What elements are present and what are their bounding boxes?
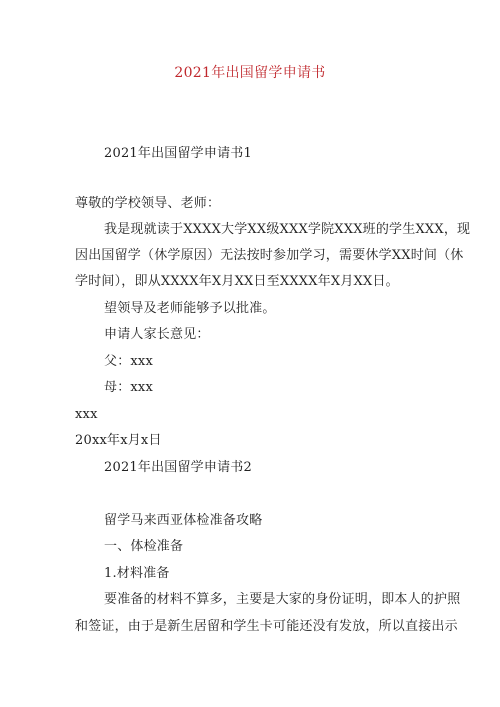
date-line: 20xx年x月x日 [75, 433, 162, 449]
paragraph-line: 学时间），即从XXXX年X月XX日至XXXX年X月XX日。 [75, 274, 399, 290]
subsection-title: 留学马来西亚体检准备攻略 [104, 513, 262, 529]
document-title: 2021年出国留学申请书 [0, 64, 500, 82]
paragraph-line: 望领导及老师能够予以批准。 [104, 301, 276, 317]
paragraph-line: 因出国留学（休学原因）无法按时参加学习，需要休学XX时间（休 [75, 248, 464, 264]
paragraph-line: 我是现就读于XXXX大学XX级XXX学院XXX班的学生XXX，现 [104, 222, 470, 238]
applicant-signature: xxx [75, 407, 98, 423]
list-item-heading: 1.材料准备 [104, 566, 170, 582]
mother-signature: 母：xxx [104, 380, 153, 396]
salutation: 尊敬的学校领导、老师： [75, 196, 220, 212]
document-page: 2021年出国留学申请书 2021年出国留学申请书1 尊敬的学校领导、老师： 我… [0, 0, 500, 707]
subsection-heading: 一、体检准备 [104, 539, 183, 555]
father-signature: 父：xxx [104, 354, 153, 370]
section-heading-1: 2021年出国留学申请书1 [104, 146, 252, 162]
parent-opinion-label: 申请人家长意见： [104, 327, 210, 343]
section-heading-2: 2021年出国留学申请书2 [104, 460, 252, 476]
paragraph-line: 和签证，由于是新生居留和学生卡可能还没有发放，所以直接出示 [75, 619, 458, 635]
paragraph-line: 要准备的材料不算多，主要是大家的身份证明，即本人的护照 [104, 592, 460, 608]
